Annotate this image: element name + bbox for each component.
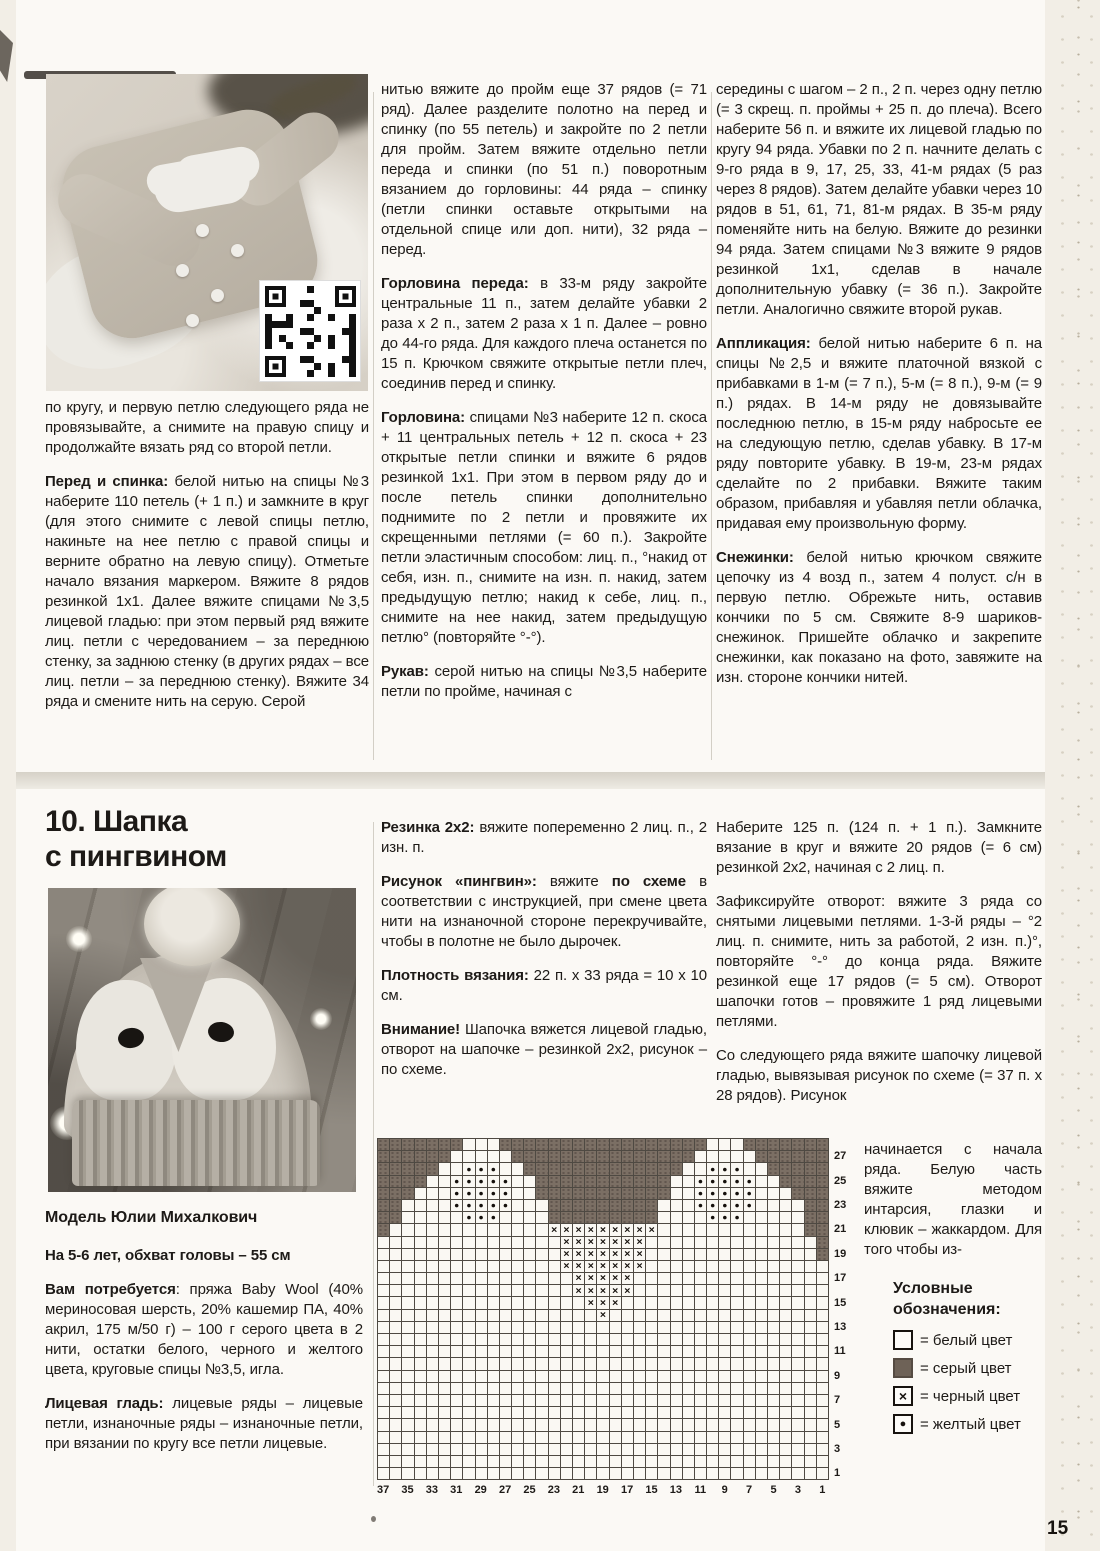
chart-cell xyxy=(805,1224,817,1236)
chart-cell xyxy=(415,1444,427,1456)
chart-cell xyxy=(378,1419,390,1431)
chart-cell xyxy=(390,1297,402,1309)
chart-cell xyxy=(719,1371,731,1383)
chart-cell xyxy=(695,1395,707,1407)
chart-cell xyxy=(451,1212,463,1224)
chart-cell xyxy=(549,1176,561,1188)
chart-cell xyxy=(415,1224,427,1236)
chart-cell xyxy=(561,1456,573,1468)
chart-cell xyxy=(817,1468,829,1480)
chart-cell xyxy=(768,1273,780,1285)
chart-cell xyxy=(622,1358,634,1370)
chart-cell xyxy=(378,1285,390,1297)
chart-cell xyxy=(549,1139,561,1151)
paragraph: по кругу, и первую петлю следующего ряда… xyxy=(45,398,369,458)
chart-cell xyxy=(658,1346,670,1358)
chart-cell xyxy=(817,1395,829,1407)
chart-cell xyxy=(622,1163,634,1175)
chart-cell: × xyxy=(561,1261,573,1273)
chart-cell xyxy=(439,1176,451,1188)
chart-cell xyxy=(500,1163,512,1175)
body-text: вяжите xyxy=(550,873,599,890)
chart-cell xyxy=(536,1334,548,1346)
chart-cell xyxy=(695,1310,707,1322)
chart-cell xyxy=(744,1407,756,1419)
chart-cell xyxy=(756,1261,768,1273)
chart-cell xyxy=(658,1285,670,1297)
paragraph: Горловина переда: в 33-м ряду закройте ц… xyxy=(381,274,707,394)
chart-cell xyxy=(439,1432,451,1444)
chart-cell xyxy=(500,1371,512,1383)
chart-cell xyxy=(671,1237,683,1249)
chart-cell xyxy=(731,1334,743,1346)
chart-cell xyxy=(390,1249,402,1261)
chart-cell xyxy=(500,1334,512,1346)
body-text: Со следующего ряда вяжите шапочку лицево… xyxy=(716,1047,1042,1104)
chart-cell xyxy=(707,1419,719,1431)
chart-cell xyxy=(658,1237,670,1249)
chart-cell xyxy=(817,1310,829,1322)
chart-cell xyxy=(390,1200,402,1212)
chart-cell xyxy=(805,1297,817,1309)
chart-cell xyxy=(671,1139,683,1151)
chart-cell xyxy=(524,1468,536,1480)
chart-cell xyxy=(415,1432,427,1444)
chart-cell xyxy=(671,1383,683,1395)
chart-cell xyxy=(536,1139,548,1151)
run-in-heading: Лицевая гладь: xyxy=(45,1395,163,1412)
chart-row-number: 25 xyxy=(834,1175,846,1187)
chart-cell xyxy=(378,1322,390,1334)
chart-cell xyxy=(634,1176,646,1188)
chart-cell xyxy=(439,1371,451,1383)
chart-cell xyxy=(549,1334,561,1346)
chart-stitch-number: 15 xyxy=(640,1484,664,1496)
chart-stitch-number: 9 xyxy=(713,1484,737,1496)
chart-cell xyxy=(683,1273,695,1285)
chart-row-number: 15 xyxy=(834,1297,846,1309)
chart-cell xyxy=(658,1224,670,1236)
chart-cell xyxy=(768,1285,780,1297)
chart-cell xyxy=(646,1188,658,1200)
chart-cell: × xyxy=(646,1224,658,1236)
chart-cell xyxy=(744,1358,756,1370)
qr-code xyxy=(260,281,360,381)
chart-cell xyxy=(597,1407,609,1419)
chart-cell xyxy=(463,1407,475,1419)
chart-cell xyxy=(427,1188,439,1200)
chart-cell xyxy=(792,1310,804,1322)
white-square-symbol xyxy=(893,1330,913,1350)
chart-cell xyxy=(610,1456,622,1468)
chart-cell xyxy=(451,1346,463,1358)
chart-cell xyxy=(427,1176,439,1188)
chart-cell xyxy=(597,1371,609,1383)
chart-cell xyxy=(719,1285,731,1297)
chart-cell xyxy=(549,1358,561,1370)
chart-cell xyxy=(695,1151,707,1163)
chart-cell xyxy=(573,1212,585,1224)
chart-cell xyxy=(512,1407,524,1419)
paragraph: середины с шагом – 2 п., 2 п. через одну… xyxy=(716,80,1042,320)
chart-cell xyxy=(707,1468,719,1480)
chart-cell xyxy=(512,1188,524,1200)
chart-cell xyxy=(610,1188,622,1200)
chart-cell xyxy=(707,1322,719,1334)
chart-cell xyxy=(817,1407,829,1419)
chart-cell xyxy=(561,1395,573,1407)
chart-cell xyxy=(390,1212,402,1224)
chart-cell xyxy=(463,1273,475,1285)
chart-cell xyxy=(561,1176,573,1188)
chart-cell xyxy=(524,1176,536,1188)
chart-cell xyxy=(597,1419,609,1431)
chart-cell xyxy=(415,1176,427,1188)
chart-cell xyxy=(439,1468,451,1480)
chart-stitch-number: 25 xyxy=(518,1484,542,1496)
chart-cell: ● xyxy=(719,1188,731,1200)
chart-cell xyxy=(463,1419,475,1431)
chart-stitch-number: 5 xyxy=(762,1484,786,1496)
chart-cell: ● xyxy=(488,1212,500,1224)
chart-cell xyxy=(573,1139,585,1151)
chart-cell xyxy=(817,1346,829,1358)
chart-cell xyxy=(744,1163,756,1175)
chart-cell xyxy=(439,1383,451,1395)
chart-cell xyxy=(463,1297,475,1309)
chart-cell xyxy=(451,1383,463,1395)
chart-cell xyxy=(476,1371,488,1383)
chart-cell xyxy=(402,1249,414,1261)
chart-cell xyxy=(756,1297,768,1309)
chart-cell xyxy=(817,1249,829,1261)
run-in-heading: Плотность вязания: xyxy=(381,967,529,984)
chart-cell xyxy=(646,1261,658,1273)
chart-cell xyxy=(439,1310,451,1322)
chart-cell xyxy=(817,1297,829,1309)
chart-cell xyxy=(524,1432,536,1444)
chart-cell xyxy=(536,1371,548,1383)
chart-cell xyxy=(658,1358,670,1370)
chart-cell xyxy=(536,1432,548,1444)
chart-cell xyxy=(451,1468,463,1480)
chart-cell xyxy=(524,1395,536,1407)
chart-cell xyxy=(378,1297,390,1309)
chart-cell xyxy=(683,1139,695,1151)
chart-cell xyxy=(585,1346,597,1358)
chart-cell xyxy=(768,1358,780,1370)
chart-cell xyxy=(671,1176,683,1188)
chart-cell xyxy=(707,1371,719,1383)
chart-cell xyxy=(707,1249,719,1261)
chart-cell: × xyxy=(585,1285,597,1297)
chart-cell: ● xyxy=(719,1200,731,1212)
chart-cell xyxy=(463,1224,475,1236)
chart-cell xyxy=(756,1468,768,1480)
chart-cell xyxy=(780,1444,792,1456)
chart-cell xyxy=(768,1151,780,1163)
chart-cell xyxy=(683,1432,695,1444)
chart-cell xyxy=(707,1285,719,1297)
gray-square-symbol xyxy=(893,1358,913,1378)
chart-cell xyxy=(573,1310,585,1322)
chart-cell xyxy=(439,1322,451,1334)
body-text: начинается с начала ряда. Белую часть вя… xyxy=(864,1141,1042,1258)
chart-cell xyxy=(780,1383,792,1395)
chart-cell xyxy=(463,1310,475,1322)
chart-cell xyxy=(524,1139,536,1151)
chart-cell xyxy=(439,1273,451,1285)
chart-cell xyxy=(646,1432,658,1444)
chart-cell xyxy=(597,1139,609,1151)
chart-cell xyxy=(451,1395,463,1407)
chart-cell xyxy=(780,1322,792,1334)
chart-cell xyxy=(451,1456,463,1468)
chart-cell xyxy=(792,1468,804,1480)
chart-cell xyxy=(415,1212,427,1224)
chart-cell xyxy=(719,1261,731,1273)
chart-cell xyxy=(744,1224,756,1236)
chart-cell xyxy=(658,1297,670,1309)
chart-cell xyxy=(780,1249,792,1261)
chart-cell xyxy=(731,1151,743,1163)
chart-row-number: 17 xyxy=(834,1272,846,1284)
chart-cell xyxy=(378,1212,390,1224)
chart-cell xyxy=(731,1249,743,1261)
chart-cell xyxy=(415,1310,427,1322)
chart-cell xyxy=(731,1310,743,1322)
chart-cell xyxy=(646,1419,658,1431)
chart-cell xyxy=(707,1444,719,1456)
chart-cell xyxy=(476,1151,488,1163)
chart-row-number: 23 xyxy=(834,1199,846,1211)
chart-cell xyxy=(756,1310,768,1322)
chart-row-number: 21 xyxy=(834,1223,846,1235)
chart-cell xyxy=(549,1261,561,1273)
chart-cell xyxy=(817,1432,829,1444)
chart-cell xyxy=(549,1322,561,1334)
chart-cell xyxy=(524,1358,536,1370)
chart-cell xyxy=(427,1273,439,1285)
chart-cell xyxy=(610,1176,622,1188)
chart-cell xyxy=(512,1297,524,1309)
body-text: белой нитью наберите 6 п. на спицы №2,5 … xyxy=(716,335,1042,532)
chart-cell xyxy=(744,1419,756,1431)
chart-cell: ● xyxy=(707,1188,719,1200)
chart-cell xyxy=(768,1371,780,1383)
chart-cell xyxy=(646,1310,658,1322)
chart-cell: ● xyxy=(488,1200,500,1212)
chart-cell xyxy=(634,1322,646,1334)
chart-cell xyxy=(561,1139,573,1151)
chart-cell: × xyxy=(561,1249,573,1261)
chart-cell xyxy=(549,1188,561,1200)
run-in-heading: Вам потребуется xyxy=(45,1281,176,1298)
chart-cell xyxy=(415,1383,427,1395)
chart-cell xyxy=(744,1371,756,1383)
chart-cell xyxy=(585,1468,597,1480)
chart-cell xyxy=(415,1273,427,1285)
chart-cell xyxy=(658,1395,670,1407)
model-credit: Модель Юлии Михалкович xyxy=(45,1208,363,1228)
chart-cell xyxy=(817,1285,829,1297)
chart-cell xyxy=(695,1322,707,1334)
chart-cell xyxy=(768,1297,780,1309)
chart-cell: × xyxy=(610,1224,622,1236)
chart-cell xyxy=(780,1151,792,1163)
chart-cell xyxy=(463,1395,475,1407)
chart-cell xyxy=(622,1310,634,1322)
chart-cell xyxy=(439,1237,451,1249)
chart-cell xyxy=(756,1188,768,1200)
chart-cell xyxy=(622,1407,634,1419)
chart-cell xyxy=(427,1322,439,1334)
chart-cell xyxy=(427,1407,439,1419)
chart-cell: × xyxy=(585,1237,597,1249)
chart-cell xyxy=(390,1176,402,1188)
chart-cell xyxy=(524,1188,536,1200)
chart-cell xyxy=(683,1456,695,1468)
chart-cell xyxy=(671,1224,683,1236)
chart-cell xyxy=(427,1444,439,1456)
chart-cell xyxy=(671,1151,683,1163)
chart-cell xyxy=(768,1261,780,1273)
chart-cell xyxy=(488,1297,500,1309)
chart-cell xyxy=(597,1444,609,1456)
chart-cell xyxy=(658,1200,670,1212)
paragraph: Перед и спинка: белой нитью на спицы №3 … xyxy=(45,472,369,712)
chart-cell xyxy=(622,1346,634,1358)
chart-cell xyxy=(610,1407,622,1419)
chart-cell xyxy=(792,1212,804,1224)
chart-cell xyxy=(780,1432,792,1444)
body-text: Наберите 125 п. (124 п. + 1 п.). Замкнит… xyxy=(716,819,1042,876)
chart-cell xyxy=(451,1237,463,1249)
chart-cell xyxy=(390,1468,402,1480)
chart-cell: ● xyxy=(451,1176,463,1188)
chart-cell: × xyxy=(634,1237,646,1249)
chart-cell xyxy=(744,1285,756,1297)
chart-cell xyxy=(573,1407,585,1419)
chart-cell xyxy=(683,1176,695,1188)
chart-cell xyxy=(561,1151,573,1163)
chart-cell xyxy=(646,1176,658,1188)
paragraph: Рукав: серой нитью на спицы №3,5 наберит… xyxy=(381,662,707,702)
chart-cell xyxy=(390,1334,402,1346)
chart-cell xyxy=(390,1456,402,1468)
chart-cell xyxy=(415,1200,427,1212)
chart-cell xyxy=(390,1358,402,1370)
chart-cell xyxy=(524,1407,536,1419)
chart-cell xyxy=(622,1297,634,1309)
chart-cell xyxy=(683,1407,695,1419)
chart-cell xyxy=(500,1151,512,1163)
chart-cell xyxy=(390,1285,402,1297)
chart-cell xyxy=(476,1419,488,1431)
chart-cell xyxy=(427,1212,439,1224)
chart-cell xyxy=(439,1285,451,1297)
chart-cell xyxy=(671,1444,683,1456)
chart-cell xyxy=(451,1358,463,1370)
chart-cell xyxy=(378,1200,390,1212)
chart-cell xyxy=(658,1444,670,1456)
chart-cell xyxy=(512,1322,524,1334)
chart-cell xyxy=(427,1346,439,1358)
chart-cell xyxy=(805,1212,817,1224)
chart-cell xyxy=(500,1432,512,1444)
chart-cell xyxy=(707,1334,719,1346)
chart-cell xyxy=(805,1261,817,1273)
run-in-heading: Аппликация: xyxy=(716,335,811,352)
chart-cell xyxy=(646,1322,658,1334)
chart-cell xyxy=(634,1297,646,1309)
chart-cell xyxy=(451,1432,463,1444)
chart-cell xyxy=(512,1200,524,1212)
chart-cell xyxy=(500,1456,512,1468)
chart-cell xyxy=(402,1285,414,1297)
chart-row-number: 9 xyxy=(834,1370,840,1382)
chart-cell xyxy=(439,1151,451,1163)
chart-cell xyxy=(731,1322,743,1334)
body-text: по кругу, и первую петлю следующего ряда… xyxy=(45,399,369,456)
x-square-symbol: × xyxy=(893,1386,913,1406)
chart-cell xyxy=(597,1200,609,1212)
chart-cell xyxy=(756,1224,768,1236)
chart-stitch-number: 33 xyxy=(420,1484,444,1496)
chart-cell xyxy=(719,1273,731,1285)
chart-cell xyxy=(524,1334,536,1346)
chart-cell xyxy=(683,1358,695,1370)
chart-cell xyxy=(451,1371,463,1383)
chart-cell xyxy=(792,1176,804,1188)
chart-cell xyxy=(780,1346,792,1358)
chart-cell xyxy=(671,1310,683,1322)
chart-cell xyxy=(756,1212,768,1224)
body-text: спицами №3 наберите 12 п. скоса + 11 цен… xyxy=(381,409,707,646)
chart-cell xyxy=(744,1334,756,1346)
chart-cell xyxy=(488,1383,500,1395)
chart-cell xyxy=(573,1468,585,1480)
chart-cell xyxy=(768,1432,780,1444)
chart-cell xyxy=(536,1212,548,1224)
chart-cell xyxy=(768,1200,780,1212)
chart-cell xyxy=(658,1432,670,1444)
chart-cell xyxy=(427,1419,439,1431)
chart-cell xyxy=(622,1334,634,1346)
chart-cell xyxy=(561,1407,573,1419)
chart-cell xyxy=(512,1334,524,1346)
chart-cell xyxy=(780,1407,792,1419)
run-in-heading: Снежинки: xyxy=(716,549,794,566)
chart-cell xyxy=(683,1468,695,1480)
chart-cell xyxy=(610,1395,622,1407)
chart-cell xyxy=(805,1395,817,1407)
chart-cell xyxy=(756,1371,768,1383)
chart-cell xyxy=(634,1285,646,1297)
chart-cell xyxy=(585,1456,597,1468)
chart-cell xyxy=(378,1444,390,1456)
paragraph: Зафиксируйте отворот: вяжите 3 ряда со с… xyxy=(716,892,1042,1032)
chart-cell xyxy=(536,1163,548,1175)
chart-cell xyxy=(792,1163,804,1175)
chart-cell xyxy=(768,1407,780,1419)
chart-cell xyxy=(707,1395,719,1407)
chart-cell xyxy=(415,1261,427,1273)
chart-cell xyxy=(744,1212,756,1224)
chart-cell xyxy=(622,1322,634,1334)
chart-cell xyxy=(780,1176,792,1188)
chart-cell xyxy=(476,1358,488,1370)
